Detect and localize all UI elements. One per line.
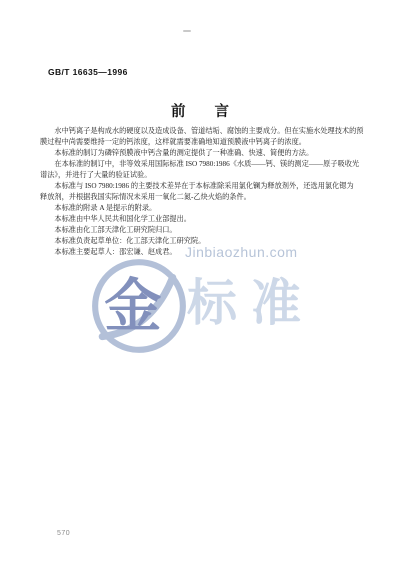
gold-character-glyph: 金 (104, 274, 161, 338)
body-line: 水中钙离子是构成水的硬度以及造成设备、管道结垢、腐蚀的主要成分。但在实施水处理技… (40, 126, 367, 137)
body-line: 谱法》，并进行了大量的验证试验。 (40, 170, 367, 181)
page-title: 前 言 (0, 100, 400, 121)
standard-code: GB/T 16635—1996 (48, 67, 128, 77)
body-line: 本标准主要起草人：邵宏谦、赵成君。 (40, 247, 367, 258)
body-line: 本标准负责起草单位：化工部天津化工研究院。 (40, 236, 367, 247)
body-line: 膜过程中尚需要维持一定的钙浓度，这样就需要准确地知道预膜液中钙离子的浓度。 (40, 137, 367, 148)
watermark-standard-text: 标准 (187, 263, 315, 335)
document-page: GB/T 16635—1996 前 言 水中钙离子是构成水的硬度以及造成设备、管… (0, 0, 400, 564)
body-line: 在本标准的制订中，非等效采用国际标准 ISO 7980:1986《水质——钙、镁… (40, 159, 367, 170)
body-line: 本标准的制订为磷锌预膜液中钙含量的测定提供了一种准确、快速、简便的方法。 (40, 148, 367, 159)
body-line: 释放剂，并根据我国实际情况未采用一氧化二氮-乙炔火焰的条件。 (40, 192, 367, 203)
body-line: 本标准由中华人民共和国化学工业部提出。 (40, 214, 367, 225)
body-line: 本标准的附录 A 是提示的附录。 (40, 203, 367, 214)
page-number: 570 (57, 530, 70, 537)
jinbiaozhun-logo-icon: 金 (88, 255, 190, 357)
scan-artifact-mark (183, 30, 191, 32)
foreword-body: 水中钙离子是构成水的硬度以及造成设备、管道结垢、腐蚀的主要成分。但在实施水处理技… (40, 126, 367, 258)
body-line: 本标准与 ISO 7980:1986 的主要技术差异在于本标准除采用氯化镧为释放… (40, 181, 367, 192)
body-line: 本标准由化工部天津化工研究院归口。 (40, 225, 367, 236)
